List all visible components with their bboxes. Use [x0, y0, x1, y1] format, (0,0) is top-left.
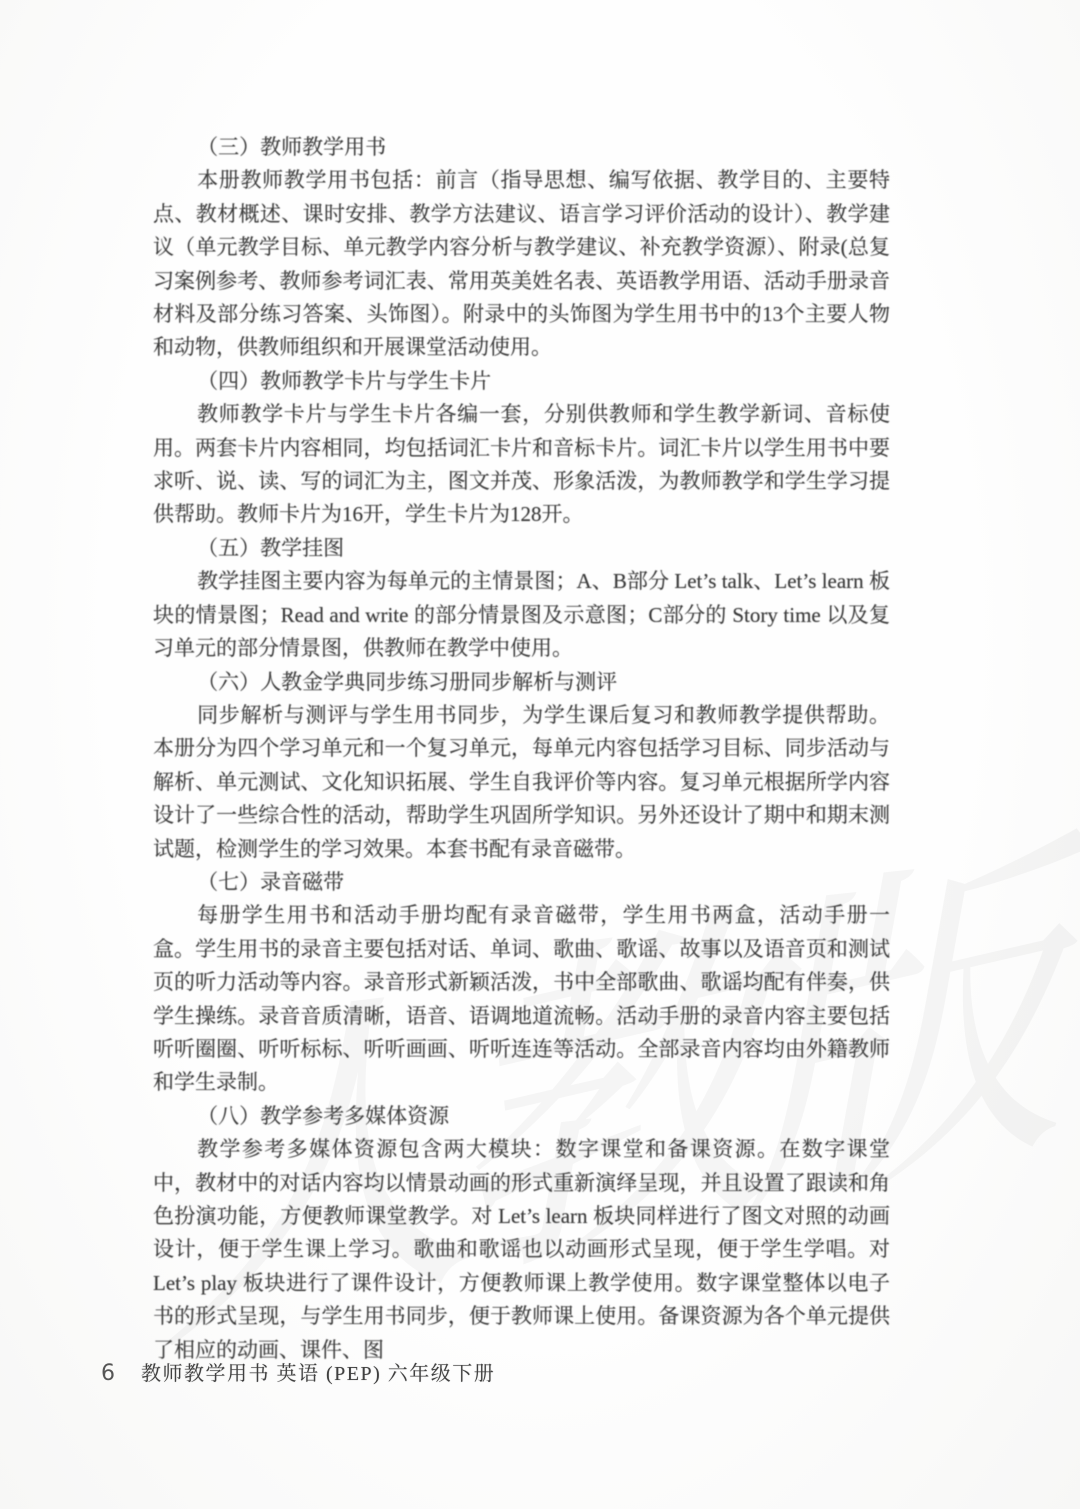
section-7-paragraph: 每册学生用书和活动手册均配有录音磁带，学生用书两盒，活动手册一盒。学生用书的录音…	[153, 899, 890, 1099]
footer-book-title: 教师教学用书 英语 (PEP) 六年级下册	[141, 1357, 495, 1386]
section-4-heading: （四）教师教学卡片与学生卡片	[153, 365, 890, 398]
page-content: （三）教师教学用书 本册教师教学用书包括：前言（指导思想、编写依据、教学目的、主…	[153, 131, 890, 1367]
page-number: 6	[101, 1361, 115, 1386]
section-6-heading: （六）人教金学典同步练习册同步解析与测评	[153, 666, 890, 699]
section-7-heading: （七）录音磁带	[153, 866, 890, 899]
scanned-book-page: 人教版 （三）教师教学用书 本册教师教学用书包括：前言（指导思想、编写依据、教学…	[0, 0, 1080, 1509]
section-3-heading: （三）教师教学用书	[153, 131, 890, 164]
section-3-paragraph: 本册教师教学用书包括：前言（指导思想、编写依据、教学目的、主要特点、教材概述、课…	[153, 164, 890, 364]
page-footer: 6 教师教学用书 英语 (PEP) 六年级下册	[101, 1357, 495, 1386]
section-4-paragraph: 教师教学卡片与学生卡片各编一套，分别供教师和学生教学新词、音标使用。两套卡片内容…	[153, 398, 890, 532]
section-6-paragraph: 同步解析与测评与学生用书同步，为学生课后复习和教师教学提供帮助。本册分为四个学习…	[153, 699, 890, 866]
section-5-paragraph: 教学挂图主要内容为每单元的主情景图；A、B部分 Let’s talk、Let’s…	[153, 565, 890, 665]
section-5-heading: （五）教学挂图	[153, 532, 890, 565]
section-8-heading: （八）教学参考多媒体资源	[153, 1100, 890, 1133]
section-8-paragraph: 教学参考多媒体资源包含两大模块：数字课堂和备课资源。在数字课堂中，教材中的对话内…	[153, 1133, 890, 1367]
